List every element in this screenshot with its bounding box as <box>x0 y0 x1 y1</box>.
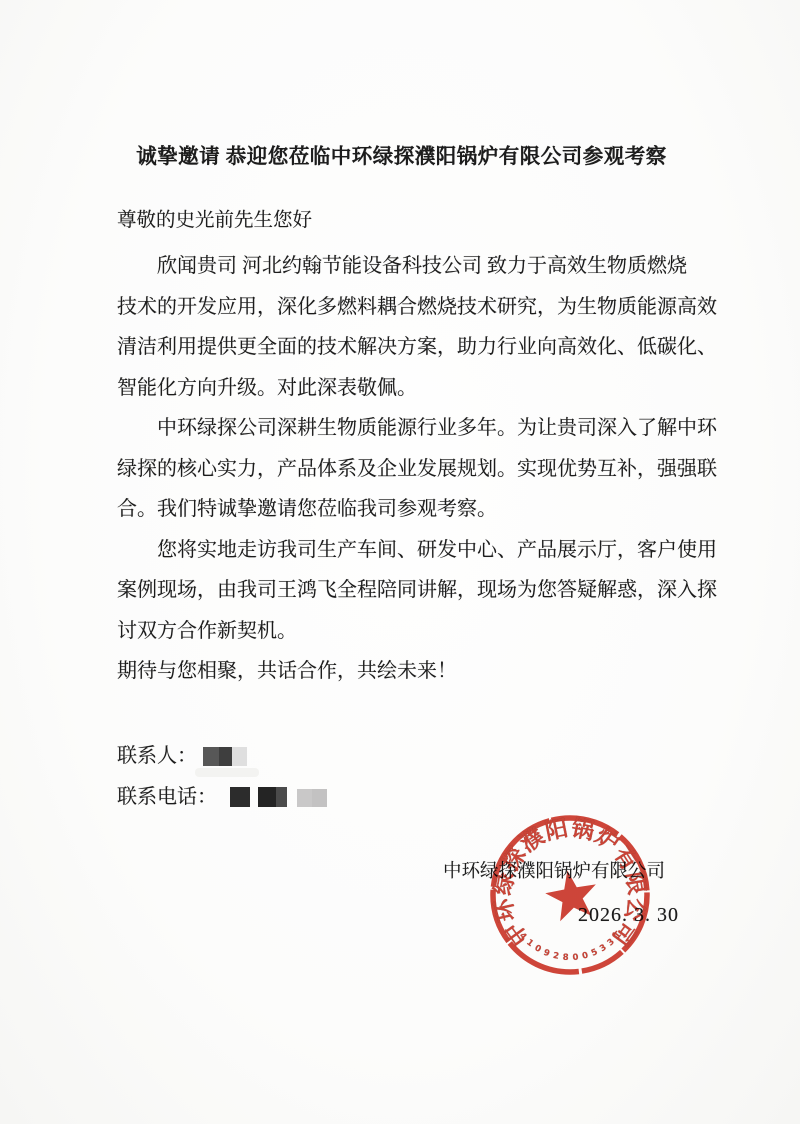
body-line: 合。我们特诚挚邀请您莅临我司参观考察。 <box>117 489 686 530</box>
seal-star-icon <box>542 866 601 923</box>
contact-phone-row: 联系电话：1 <box>117 777 517 818</box>
body-line: 绿探的核心实力，产品体系及企业发展规划。实现优势互补，强强联 <box>117 449 686 490</box>
body-line: 清洁利用提供更全面的技术解决方案，助力行业向高效化、低碳化、 <box>117 327 686 368</box>
body-line: 技术的开发应用，深化多燃料耦合燃烧技术研究，为生物质能源高效 <box>117 287 686 328</box>
contact-block: 联系人： 联系电话：1 <box>117 736 517 817</box>
body-line: 智能化方向升级。对此深表敬佩。 <box>117 368 686 409</box>
letter-body: 欣闻贵司 河北约翰节能设备科技公司 致力于高效生物质燃烧技术的开发应用，深化多燃… <box>117 246 686 692</box>
body-line: 案例现场，由我司王鸿飞全程陪同讲解，现场为您答疑解惑，深入探 <box>117 570 686 611</box>
body-line: 期待与您相聚，共话合作，共绘未来！ <box>117 651 686 692</box>
redacted-contact-name-block-light <box>232 747 247 766</box>
redacted-phone-block-3 <box>297 789 327 807</box>
body-line: 中环绿探公司深耕生物质能源行业多年。为让贵司深入了解中环 <box>117 408 686 449</box>
scanned-invitation-letter: 诚挚邀请 恭迎您莅临中环绿探濮阳锅炉有限公司参观考察 尊敬的史光前先生您好 欣闻… <box>0 0 800 1124</box>
redacted-phone-block-1 <box>230 787 250 807</box>
body-line: 欣闻贵司 河北约翰节能设备科技公司 致力于高效生物质燃烧 <box>117 246 686 287</box>
company-seal: 中环绿探濮阳锅炉有限公司 4109280053319 <box>480 805 660 985</box>
contact-person-label: 联系人： <box>117 745 197 767</box>
body-line: 讨双方合作新契机。 <box>117 611 686 652</box>
contact-person-row: 联系人： <box>117 736 517 777</box>
body-line: 您将实地走访我司生产车间、研发中心、产品展示厅，客户使用 <box>117 530 686 571</box>
letter-title: 诚挚邀请 恭迎您莅临中环绿探濮阳锅炉有限公司参观考察 <box>117 143 686 171</box>
salutation: 尊敬的史光前先生您好 <box>117 207 312 235</box>
contact-phone-label: 联系电话： <box>117 786 217 808</box>
redacted-phone-block-2 <box>258 787 287 807</box>
redacted-contact-name-block <box>203 747 232 766</box>
